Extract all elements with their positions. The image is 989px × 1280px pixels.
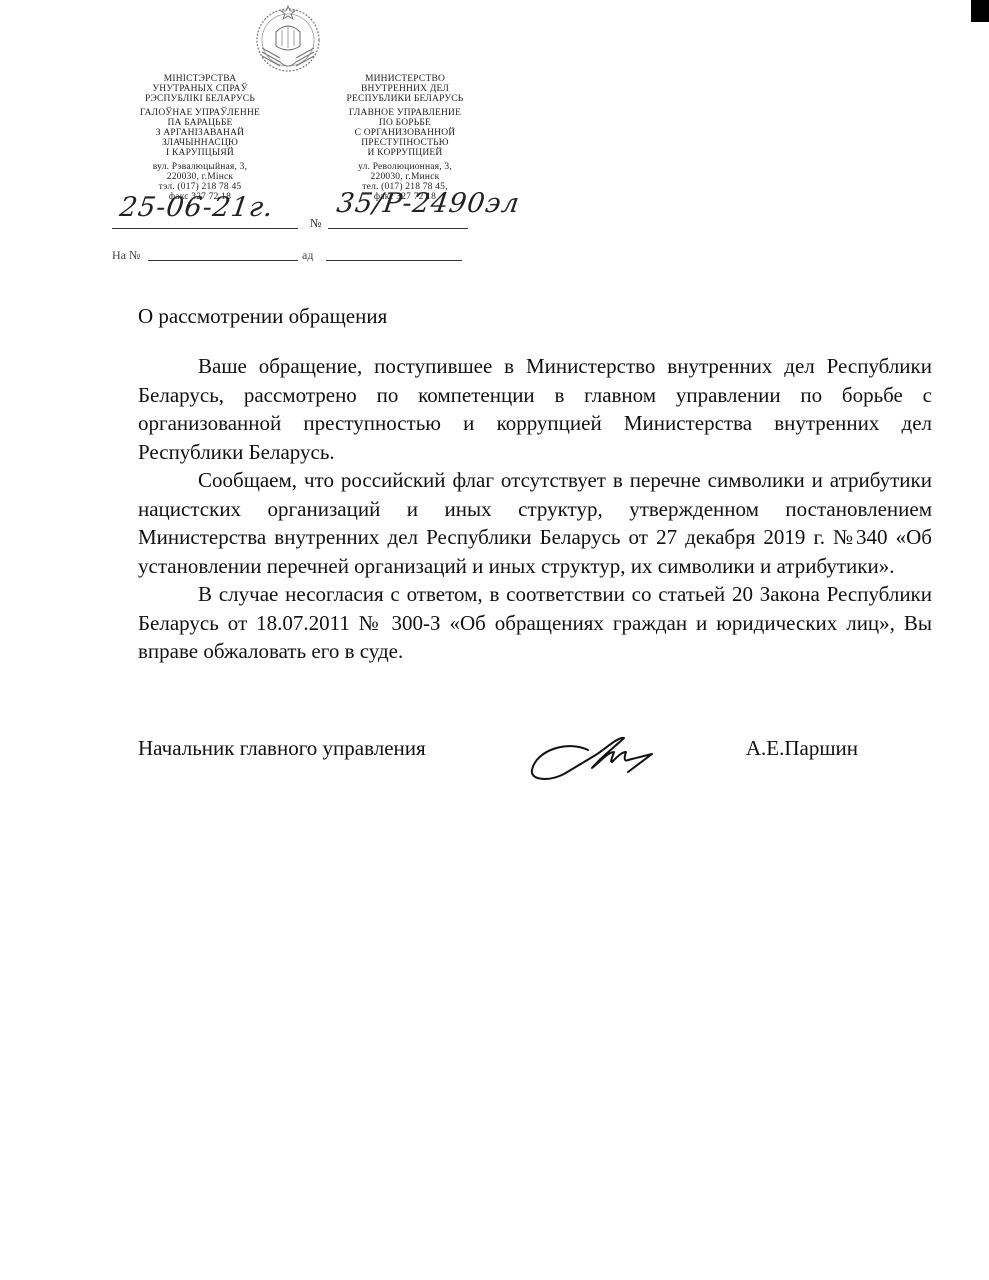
address-line: ул. Революционная, 3, [320,162,490,172]
body-paragraph: Сообщаем, что российский флаг отсутствуе… [138,466,932,580]
body-paragraph: В случае несогласия с ответом, в соответ… [138,580,932,666]
ministry-name-by: МІНІСТЭРСТВА УНУТРАНЫХ СПРАЎ РЭСПУБЛІКІ … [105,74,295,104]
letter-body: Ваше обращение, поступившее в Министерст… [138,352,932,666]
scan-corner-mark [971,0,989,22]
body-paragraph: Ваше обращение, поступившее в Министерст… [138,352,932,466]
date-underline [112,228,298,229]
department-line: ГАЛОЎНАЕ УПРАЎЛЕННЕ [105,108,295,118]
address-line: вул. Рэвалюцыйная, 3, [105,162,295,172]
state-emblem-icon [250,2,326,74]
address-line: 220030, г.Минск [320,172,490,182]
reply-from-label: ад [302,248,313,263]
department-line: З АРГАНІЗАВАНАЙ [105,128,295,138]
address-line: 220030, г.Мінск [105,172,295,182]
number-underline [328,228,468,229]
letterhead-belarusian: МІНІСТЭРСТВА УНУТРАНЫХ СПРАЎ РЭСПУБЛІКІ … [105,74,295,206]
signature-block: Начальник главного управления А.Е.Паршин [138,736,858,806]
reply-reference-row: На № ад [112,248,472,264]
department-line: ПО БОРЬБЕ [320,118,490,128]
department-line: ПРЕСТУПНОСТЬЮ [320,138,490,148]
department-line: І КАРУПЦЫЯЙ [105,148,295,158]
department-line: ЗЛАЧЫННАСЦЮ [105,138,295,148]
letter-subject: О рассмотрении обращения [138,304,387,329]
handwritten-date: 25-06-21г. [118,192,276,223]
ministry-line: РЕСПУБЛИКИ БЕЛАРУСЬ [320,94,490,104]
department-name-by: ГАЛОЎНАЕ УПРАЎЛЕННЕ ПА БАРАЦЬБЕ З АРГАНІ… [105,108,295,158]
ministry-line: МИНИСТЕРСТВО [320,74,490,84]
department-line: ГЛАВНОЕ УПРАВЛЕНИЕ [320,108,490,118]
ministry-name-ru: МИНИСТЕРСТВО ВНУТРЕННИХ ДЕЛ РЕСПУБЛИКИ Б… [320,74,490,104]
registration-row: 25-06-21г. № 35/Р-2490эл [112,192,532,232]
handwritten-number: 35/Р-2490эл [335,188,522,219]
signature-icon [528,722,668,792]
signatory-title: Начальник главного управления [138,736,426,761]
ministry-line: РЭСПУБЛІКІ БЕЛАРУСЬ [105,94,295,104]
department-name-ru: ГЛАВНОЕ УПРАВЛЕНИЕ ПО БОРЬБЕ С ОРГАНИЗОВ… [320,108,490,158]
number-sign: № [310,216,321,231]
phone-line: тэл. (017) 218 78 45 [105,182,295,192]
ministry-line: УНУТРАНЫХ СПРАЎ [105,84,295,94]
department-line: И КОРРУПЦИЕЙ [320,148,490,158]
ministry-line: МІНІСТЭРСТВА [105,74,295,84]
reply-date-line [326,260,462,261]
reply-number-line [148,260,298,261]
department-line: С ОРГАНИЗОВАННОЙ [320,128,490,138]
signatory-name: А.Е.Паршин [746,736,858,761]
letterhead-russian: МИНИСТЕРСТВО ВНУТРЕННИХ ДЕЛ РЕСПУБЛИКИ Б… [320,74,490,206]
department-line: ПА БАРАЦЬБЕ [105,118,295,128]
ministry-line: ВНУТРЕННИХ ДЕЛ [320,84,490,94]
reply-to-label: На № [112,248,140,263]
